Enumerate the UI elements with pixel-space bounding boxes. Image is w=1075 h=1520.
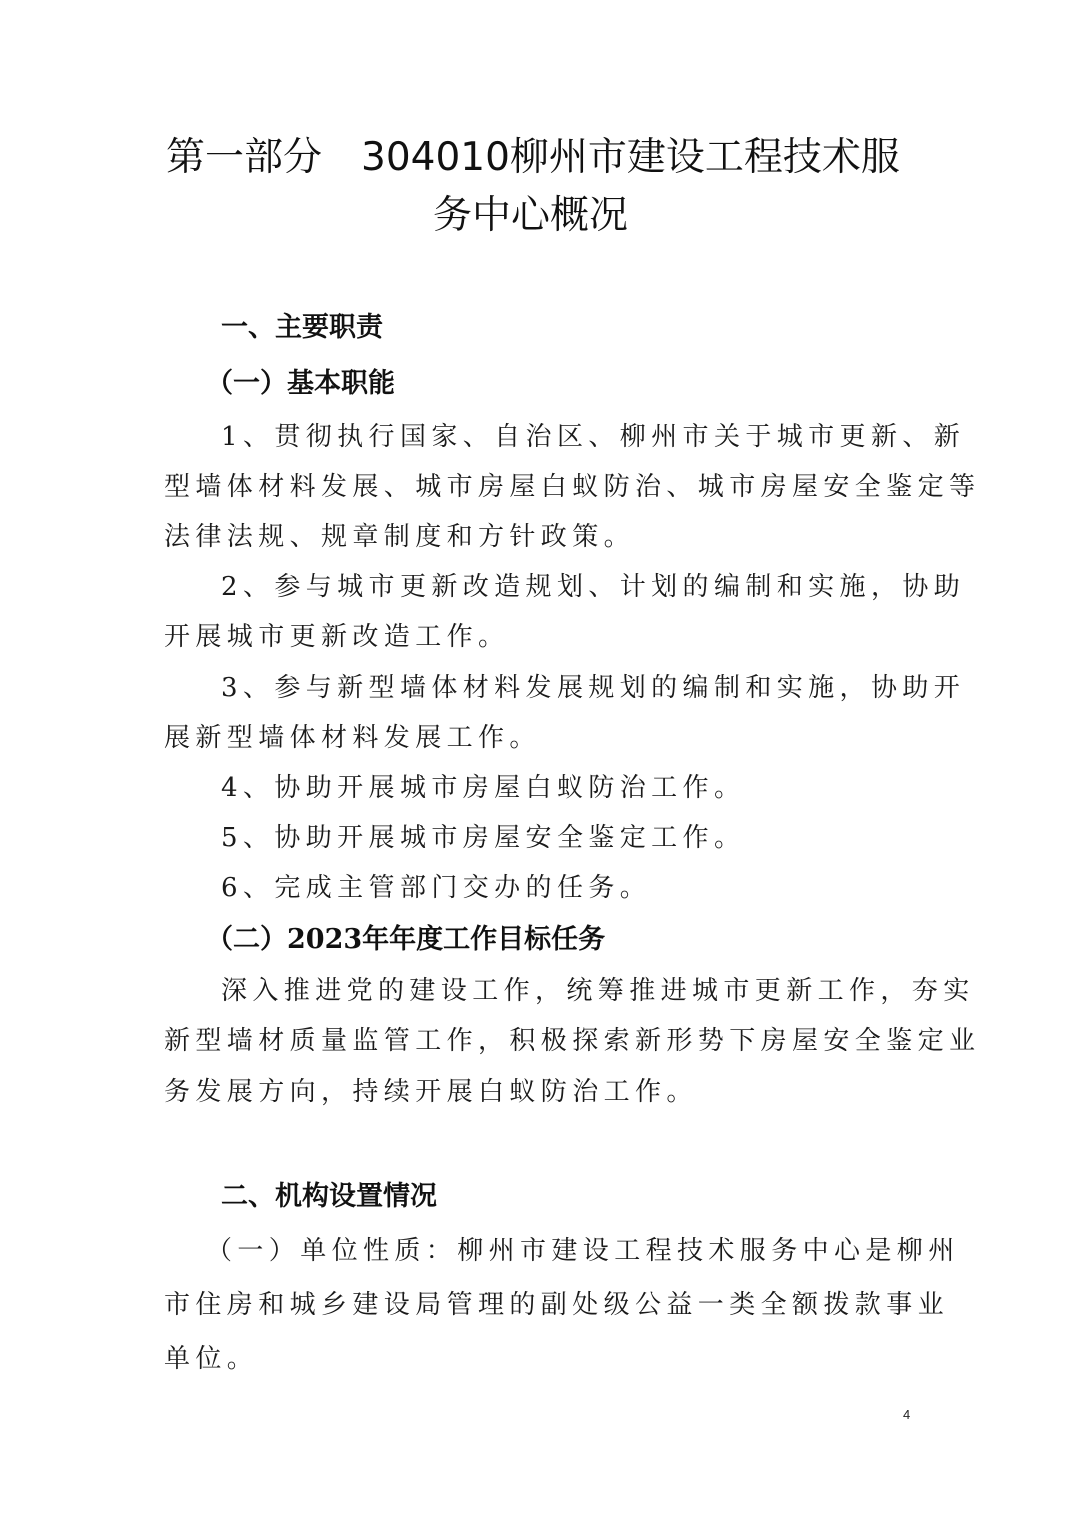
paragraph-line: 单位。 xyxy=(164,1346,258,1372)
paragraph-line: 开展城市更新改造工作。 xyxy=(164,624,509,650)
section-heading-organization: 二、机构设置情况 xyxy=(221,1183,437,1210)
paragraph-line: 务发展方向，持续开展白蚁防治工作。 xyxy=(164,1079,698,1105)
paragraph-line: 5、协助开展城市房屋安全鉴定工作。 xyxy=(221,825,745,851)
paragraph-line: （一）单位性质：柳州市建设工程技术服务中心是柳州 xyxy=(206,1238,960,1264)
page-number: 4 xyxy=(903,1408,910,1421)
paragraph-line: 深入推进党的建设工作，统筹推进城市更新工作，夯实 xyxy=(221,978,975,1004)
paragraph-line: 型墙体材料发展、城市房屋白蚁防治、城市房屋安全鉴定等 xyxy=(164,474,980,500)
paragraph-line: 市住房和城乡建设局管理的副处级公益一类全额拨款事业 xyxy=(164,1292,949,1318)
paragraph-line: 1、贯彻执行国家、自治区、柳州市关于城市更新、新 xyxy=(221,424,965,450)
paragraph-line: 3、参与新型墙体材料发展规划的编制和实施，协助开 xyxy=(221,675,965,701)
subsection-heading-annual-goals: （二）2023年年度工作目标任务 xyxy=(206,926,605,953)
paragraph-line: 新型墙材质量监管工作，积极探索新形势下房屋安全鉴定业 xyxy=(164,1028,980,1054)
section-heading-main-duties: 一、主要职责 xyxy=(221,314,383,341)
subsection-heading-basic-functions: （一）基本职能 xyxy=(206,370,395,397)
document-title-line-2: 务中心概况 xyxy=(433,196,628,235)
paragraph-line: 法律法规、规章制度和方针政策。 xyxy=(164,524,635,550)
paragraph-line: 展新型墙体材料发展工作。 xyxy=(164,725,541,751)
paragraph-line: 2、参与城市更新改造规划、计划的编制和实施，协助 xyxy=(221,574,965,600)
paragraph-line: 4、协助开展城市房屋白蚁防治工作。 xyxy=(221,775,745,801)
document-title-line-1: 第一部分 304010柳州市建设工程技术服 xyxy=(166,138,900,177)
paragraph-line: 6、完成主管部门交办的任务。 xyxy=(221,875,651,901)
document-page: 第一部分 304010柳州市建设工程技术服 务中心概况 一、主要职责 （一）基本… xyxy=(0,0,1075,1520)
